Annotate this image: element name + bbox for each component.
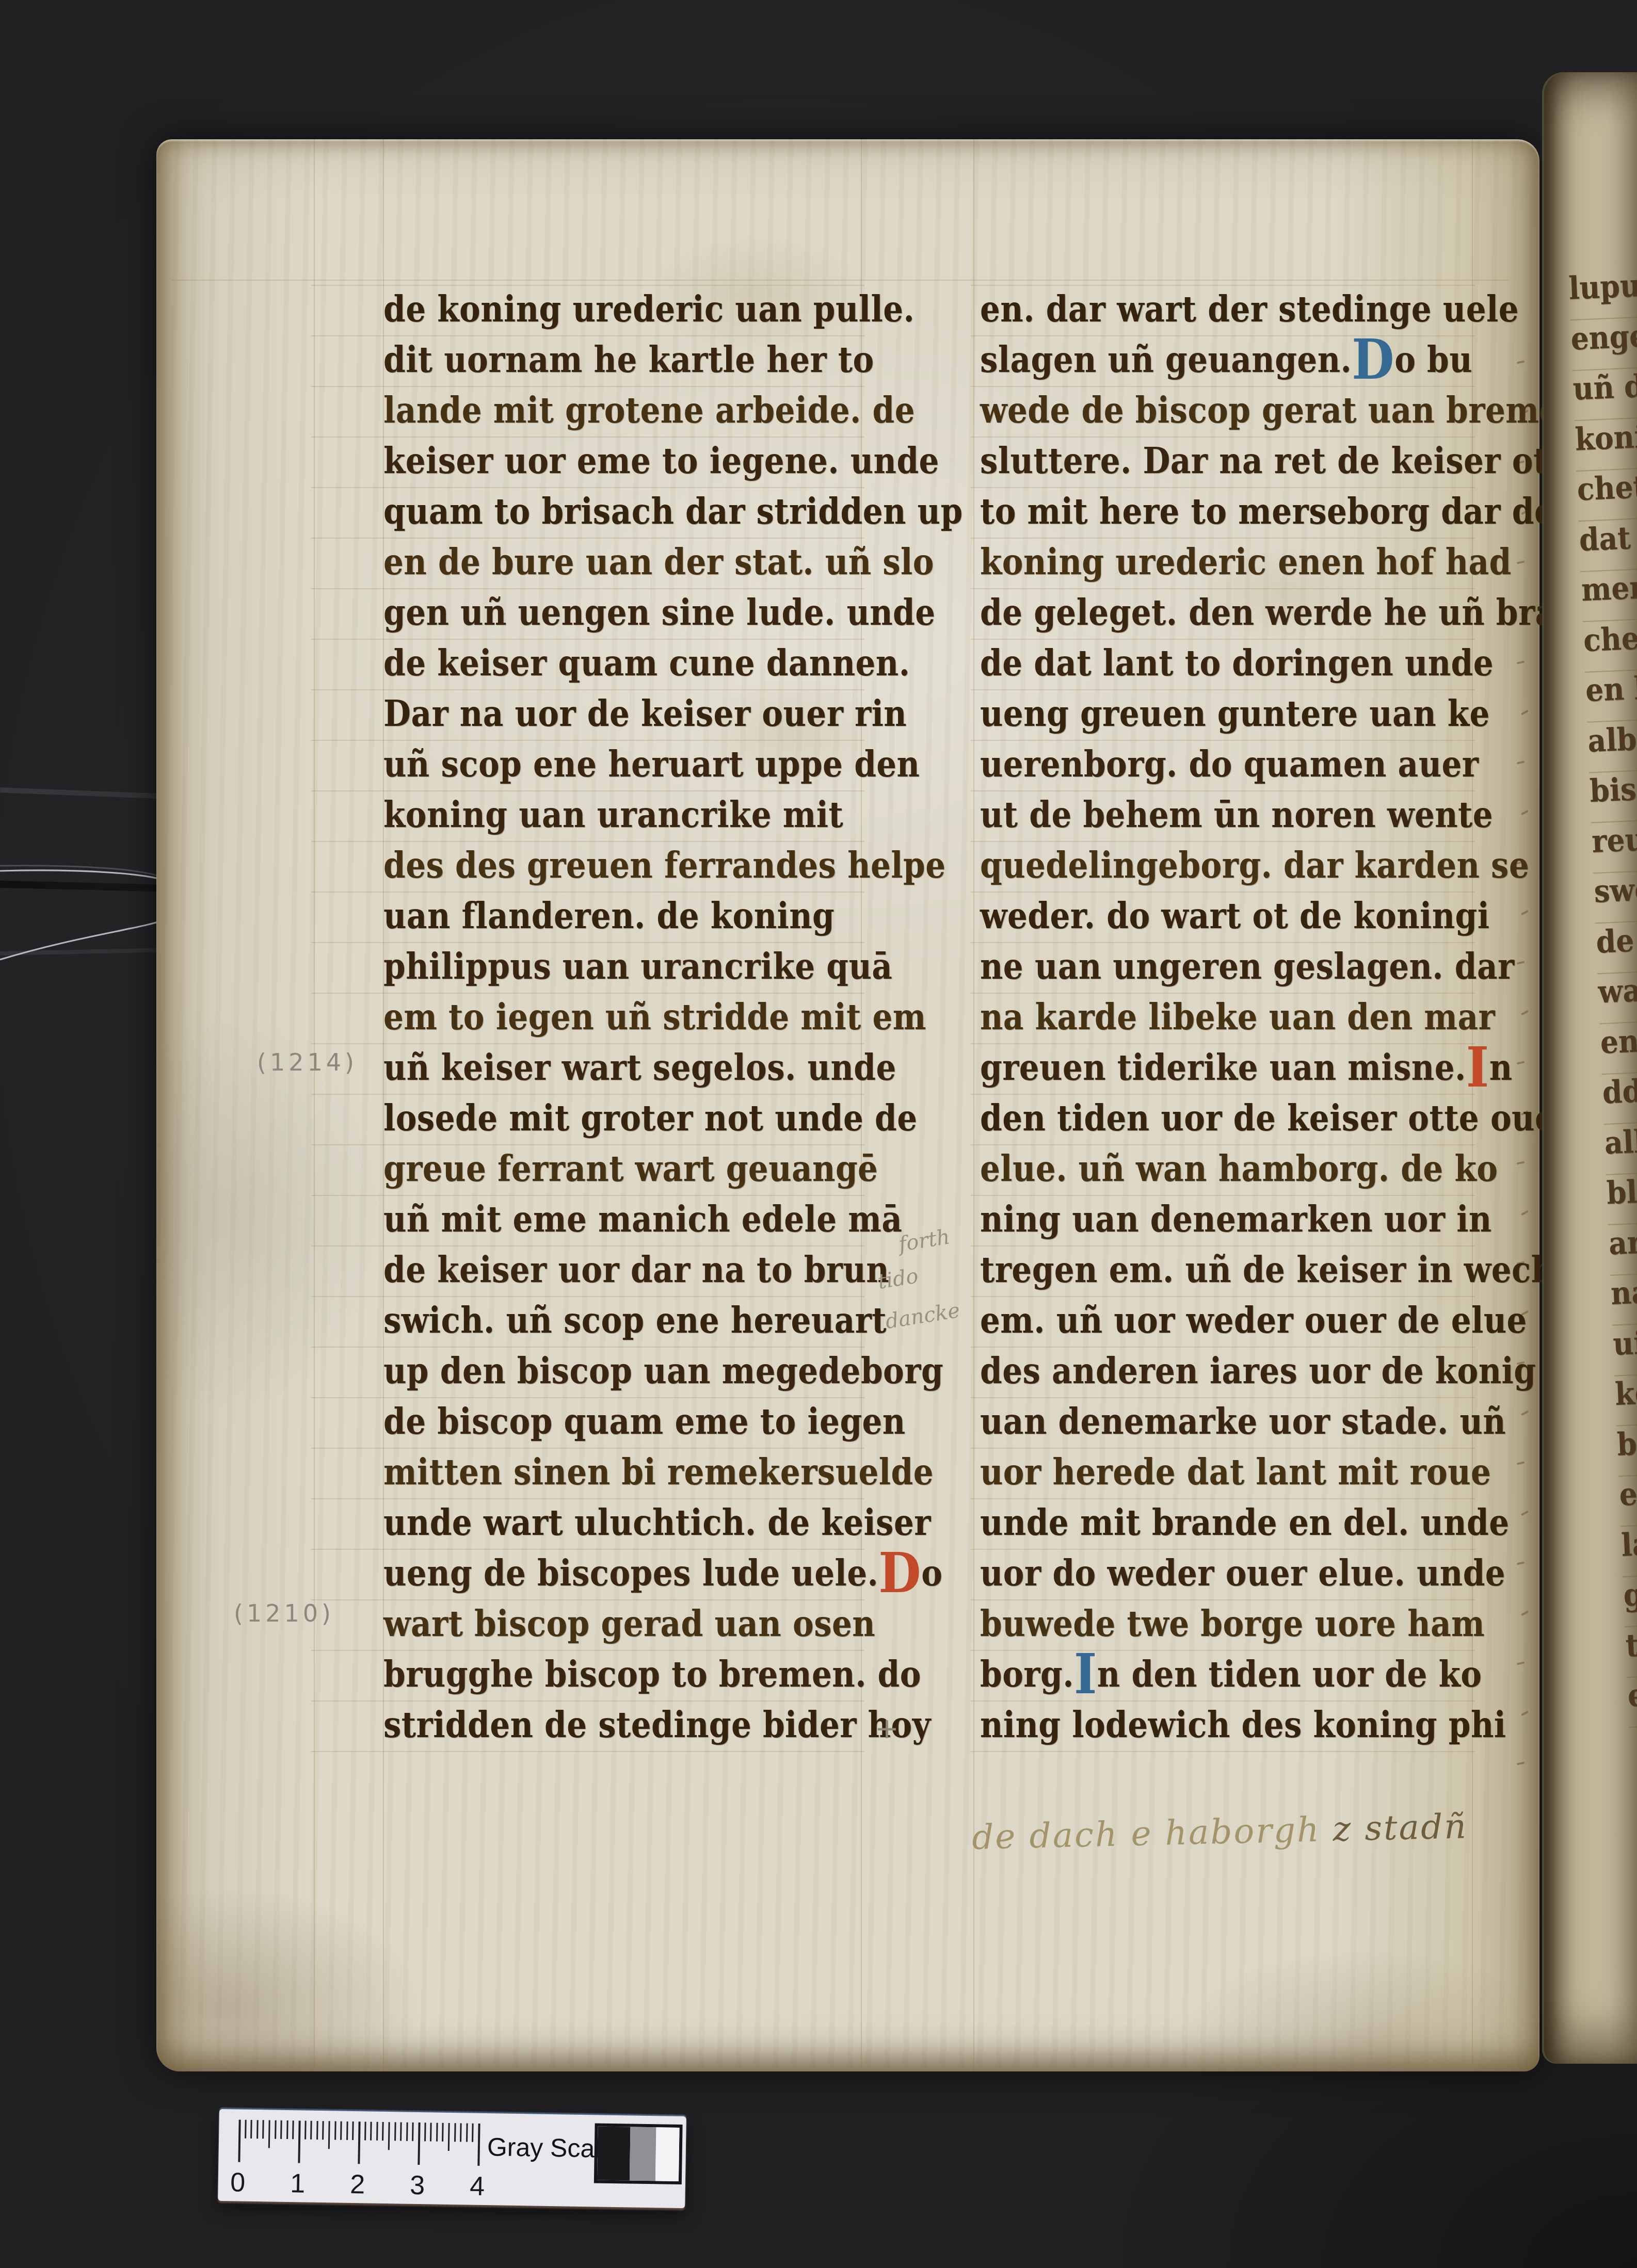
text-run: ne uan ungeren geslagen. dar (980, 946, 1515, 987)
gutter-pencil-note: forth (897, 1225, 952, 1256)
next-page-text-line: e. dostart (1627, 1667, 1637, 1728)
text-run: uor herede dat lant mit roue (980, 1452, 1491, 1493)
pricking-hole (1521, 1711, 1529, 1716)
text-run: lande mit grotene arbeide. de (383, 390, 915, 431)
text-line: des des greuen ferrandes helpe (383, 845, 945, 902)
text-line: wede de biscop gerat uan bremen (980, 390, 1582, 447)
text-line: unde mit brande en del. unde (980, 1502, 1510, 1559)
ruler-tick (298, 2120, 300, 2163)
next-page-text-line: en dat h (1599, 1014, 1637, 1075)
next-page-text-line: biscop ge (1588, 763, 1637, 823)
next-page-text-line: engelant (1570, 310, 1637, 371)
ruler-tick (275, 2120, 277, 2139)
text-line: koning urederic enen hof had (980, 542, 1512, 598)
pricking-hole (1517, 1461, 1525, 1465)
dark-run: z stadñ (1333, 1806, 1468, 1849)
next-page-text-line: dat lant (1578, 511, 1637, 572)
text-run: en. dar wart der stedinge uele (980, 289, 1519, 330)
text-run: up den biscop uan megedeborg (383, 1351, 943, 1392)
text-line: greue ferrant wart geuangē (383, 1148, 878, 1205)
next-page-text-line: brechte t (1616, 1416, 1637, 1477)
text-run: elue. uñ wan hamborg. de ko (980, 1148, 1498, 1190)
next-page-text-line: argreue (1608, 1214, 1637, 1275)
text-line: slagen uñ geuangen.Do bu (980, 339, 1472, 396)
text-run: des des greuen ferrandes helpe (383, 845, 945, 886)
text-run: weder. do wart ot de koningi (980, 896, 1489, 937)
ruler-tick (358, 2121, 360, 2164)
ruler-number: 3 (402, 2170, 433, 2201)
text-run: sluttere. Dar na ret de keiser ot (980, 441, 1548, 482)
gray-scale-patch-black (597, 2127, 630, 2181)
margin-year-note: (1214) (257, 1048, 358, 1076)
pricking-hole (1517, 1061, 1525, 1064)
text-line: de biscop quam eme to iegen (383, 1401, 906, 1458)
text-line: stridden de stedinge bider hoy (383, 1705, 931, 1761)
pricking-hole (1521, 1010, 1529, 1016)
next-page-text-line: grot hung (1623, 1566, 1637, 1627)
text-line: tregen em. uñ de keiser in wech (980, 1250, 1554, 1306)
ruler-tick (322, 2121, 324, 2140)
next-page-text-line: dde den (1601, 1064, 1637, 1125)
text-line: em to iegen uñ stridde mit em (383, 997, 926, 1054)
ruler-numbers: 01234 (219, 2109, 686, 2116)
gray-scale-patch-gray (630, 2127, 656, 2181)
ruler-tick (346, 2121, 348, 2140)
next-page-text-line: koning u (1574, 411, 1637, 472)
text-line: em. uñ uor weder ouer de elue (980, 1300, 1527, 1357)
text-run: unde mit brande en del. unde (980, 1502, 1510, 1544)
later-cursive-inscription: de dach e haborgh z stadñ (971, 1806, 1468, 1857)
ruler-tick (418, 2123, 420, 2165)
text-run: dit uornam he kartle her to (383, 339, 874, 381)
text-run: ning lodewich des koning phi (980, 1705, 1506, 1746)
text-line: lande mit grotene arbeide. de (383, 390, 915, 447)
ruler-number: 0 (222, 2167, 253, 2198)
text-run: tregen em. uñ de keiser in wech (980, 1250, 1554, 1291)
pricking-hole (1517, 1761, 1525, 1765)
horizontal-ruling (172, 280, 1508, 281)
text-run: uñ mit eme manich edele mā (383, 1199, 902, 1240)
text-line: weder. do wart ot de koningi (980, 896, 1489, 952)
margin-year-note: (1210) (234, 1599, 334, 1627)
text-run: mitten sinen bi remekersuelde (383, 1452, 934, 1493)
text-line: koning uan urancrike mit (383, 795, 843, 851)
text-run: ut de behem ūn noren wente (980, 795, 1493, 836)
text-run: greuen tiderike uan misne. (980, 1047, 1466, 1089)
text-run: uñ scop ene heruart uppe den (383, 744, 920, 785)
ruler-tick (376, 2122, 378, 2141)
text-line: uan denemarke uor stade. uñ (980, 1401, 1506, 1458)
text-run: o bu (1394, 339, 1472, 381)
next-page-text-line: chen hu (1582, 611, 1637, 672)
next-page-text-line: de hert (1595, 913, 1637, 974)
ruler-tick (340, 2121, 342, 2140)
pricking-hole (1521, 910, 1529, 916)
ruler-tick (268, 2120, 270, 2148)
text-line: uerenborg. do quamen auer (980, 744, 1479, 801)
text-line: uan flanderen. de koning (383, 896, 834, 952)
next-page-text-line: sweden s (1593, 863, 1637, 924)
text-run: to mit here to merseborg dar de (980, 491, 1554, 532)
ruler-tick (364, 2121, 366, 2140)
text-run: des anderen iares uor de konig (980, 1351, 1536, 1392)
text-run: quam to brisach dar stridden up (383, 491, 963, 532)
next-page-text-line: ui uor au (1612, 1315, 1637, 1376)
pricking-hole (1521, 810, 1529, 816)
text-line: up den biscop uan megedeborg (383, 1351, 943, 1407)
text-run: philippus uan urancrike quā (383, 946, 892, 987)
pricking-hole (1521, 1210, 1529, 1216)
text-line: to mit here to merseborg dar de (980, 491, 1554, 548)
text-run: buwede twe borge uore ham (980, 1603, 1485, 1645)
ruler-tick (406, 2123, 408, 2141)
pricking-hole (1517, 961, 1525, 964)
text-line: ueng de biscopes lude uele.Do (383, 1553, 942, 1610)
text-run: de keiser quam cune dannen. (383, 643, 910, 684)
ruler-tick (424, 2123, 426, 2141)
text-line: na karde libeke uan den mar (980, 997, 1495, 1054)
text-line: de keiser quam cune dannen. (383, 643, 910, 700)
ruler-tick (430, 2123, 432, 2141)
text-line: de koning urederic uan pulle. (383, 289, 914, 346)
ruler-tick (412, 2123, 414, 2141)
text-line: uor do weder ouer elue. unde (980, 1553, 1505, 1610)
text-run: ning uan denemarken uor in (980, 1199, 1492, 1240)
text-run: greue ferrant wart geuangē (383, 1148, 878, 1190)
ruler-tick (256, 2120, 259, 2139)
ruler-number: 2 (342, 2169, 373, 2200)
text-line: uor herede dat lant mit roue (980, 1452, 1491, 1509)
text-line: mitten sinen bi remekersuelde (383, 1452, 934, 1509)
ruler-tick (370, 2122, 372, 2141)
text-line: uñ keiser wart segelos. unde (383, 1047, 896, 1104)
text-line: wart biscop gerad uan osen (383, 1603, 875, 1660)
text-line: brugghe biscop to bremen. do (383, 1654, 921, 1711)
text-run: losede mit groter not unde de (383, 1098, 918, 1139)
pricking-hole (1521, 1611, 1529, 1616)
text-run: ueng greuen guntere uan ke (980, 693, 1490, 735)
text-line: uñ mit eme manich edele mā (383, 1199, 902, 1256)
pricking-hole (1517, 660, 1525, 664)
text-line: quedelingeborg. dar karden se (980, 845, 1529, 902)
next-page-text-line: keiser ot (1614, 1366, 1637, 1427)
red-initial: D (878, 1542, 921, 1606)
text-run: uan flanderen. de koning (383, 896, 834, 937)
next-page-text-line: alken u (1603, 1114, 1637, 1175)
pricking-hole (1517, 560, 1525, 564)
text-run: n den tiden uor de ko (1097, 1654, 1482, 1695)
ruler-tick (388, 2122, 390, 2150)
pricking-hole (1521, 1511, 1529, 1516)
next-page-text-line: elue mit h (1618, 1466, 1637, 1527)
text-line: borg.In den tiden uor de ko (980, 1654, 1482, 1711)
text-run: en de bure uan der stat. uñ slo (383, 542, 934, 583)
text-line: gen uñ uengen sine lude. unde (383, 592, 936, 649)
ruler-tick (436, 2123, 438, 2142)
ruler-tick (316, 2121, 318, 2140)
ruler-tick (263, 2120, 265, 2139)
ruler-tick (442, 2123, 444, 2142)
text-line: unde wart uluchtich. de keiser (383, 1502, 931, 1559)
ruler-tick (304, 2121, 307, 2140)
text-line: de geleget. den werde he uñ bran (980, 592, 1579, 649)
text-line: elue. uñ wan hamborg. de ko (980, 1148, 1498, 1205)
ruler-number: 4 (461, 2170, 493, 2202)
ruler-tick (394, 2122, 396, 2141)
next-page-text-line: men den (1580, 561, 1637, 622)
ruler-tick (382, 2122, 384, 2141)
text-run: unde wart uluchtich. de keiser (383, 1502, 931, 1544)
text-run: slagen uñ geuangen. (980, 339, 1352, 381)
next-page-edge: lupus conengelantuñ des lankoning uchete… (1542, 72, 1637, 2064)
text-line: losede mit groter not unde de (383, 1098, 918, 1155)
next-page-text-line: blef u (1606, 1164, 1637, 1225)
ruler-tick (466, 2124, 468, 2142)
text-run: keiser uor eme to iegene. unde (383, 441, 939, 482)
ruler-tick (448, 2123, 450, 2151)
text-line: ueng greuen guntere uan ke (980, 693, 1490, 750)
text-line: philippus uan urancrike quā (383, 946, 892, 1003)
text-line: de keiser uor dar na to brun (383, 1250, 889, 1306)
text-line: en de bure uan der stat. uñ slo (383, 542, 934, 598)
pricking-hole (1517, 1561, 1525, 1565)
pricking-hole (1521, 1411, 1529, 1416)
ruler-tick (280, 2120, 282, 2139)
text-line: quam to brisach dar stridden up (383, 491, 963, 548)
text-run: de koning urederic uan pulle. (383, 289, 914, 330)
vertical-ruling (973, 139, 974, 2071)
pricking-hole (1521, 710, 1529, 716)
ruler-tick (250, 2120, 252, 2139)
next-page-text-line: albrechte (1586, 712, 1637, 773)
gutter-pencil-note: dancke (884, 1299, 961, 1334)
red-initial: I (1466, 1036, 1489, 1100)
text-line: den tiden uor de keiser otte ouer (980, 1098, 1572, 1155)
ruler-tick (238, 2120, 240, 2162)
text-line: ning uan denemarken uor in (980, 1199, 1492, 1256)
ruler-tick (477, 2124, 480, 2166)
ruler-tick (472, 2124, 474, 2142)
text-line: des anderen iares uor de konig (980, 1351, 1536, 1407)
text-line: sluttere. Dar na ret de keiser ot (980, 441, 1548, 497)
pricking-hole (1517, 760, 1525, 764)
manuscript-page: de koning urederic uan pulle.dit uornam … (156, 139, 1539, 2071)
next-page-text-line: cheten. u (1576, 461, 1637, 522)
text-line: greuen tiderike uan misne.In (980, 1047, 1513, 1104)
ruler-tick (400, 2123, 402, 2141)
text-run: de geleget. den werde he uñ bran (980, 592, 1579, 634)
blue-initial: I (1074, 1643, 1097, 1707)
text-run: uor do weder ouer elue. unde (980, 1553, 1505, 1594)
text-run: uñ keiser wart segelos. unde (383, 1047, 896, 1089)
text-run: stridden de stedinge bider hoy (383, 1705, 931, 1746)
gray-scale-patches (594, 2123, 683, 2184)
next-page-text-line: uñ des lan (1572, 360, 1637, 421)
text-run: o (921, 1553, 942, 1594)
text-run: de biscop quam eme to iegen (383, 1401, 906, 1443)
ruler-number: 1 (282, 2168, 313, 2199)
ruler-tick (328, 2121, 330, 2149)
pricking-hole (1517, 360, 1525, 364)
next-page-text-line: lupus con (1568, 260, 1637, 321)
text-run: gen uñ uengen sine lude. unde (383, 592, 936, 634)
vertical-ruling (314, 139, 315, 2071)
text-line: ning lodewich des koning phi (980, 1705, 1506, 1761)
gutter-plus-mark: + (875, 1712, 899, 1745)
text-line: ne uan ungeren geslagen. dar (980, 946, 1515, 1003)
ruler-tick (334, 2121, 336, 2140)
ruler-tick (454, 2123, 456, 2142)
text-run: koning urederic enen hof had (980, 542, 1512, 583)
ruler-tick (352, 2121, 354, 2140)
calibration-ruler: 01234 Gray Scale (218, 2109, 686, 2208)
text-line: Dar na uor de keiser ouer rin (383, 693, 907, 750)
text-run: den tiden uor de keiser otte ouer (980, 1098, 1572, 1139)
next-page-text-line: wart en e (1597, 963, 1637, 1024)
blue-initial: D (1352, 328, 1394, 392)
pricking-hole (1517, 1661, 1525, 1665)
next-page-text-line: reue alb (1591, 813, 1637, 873)
ruler-ticks (219, 2109, 686, 2116)
text-line: swich. uñ scop ene hereuart (383, 1300, 887, 1357)
ruler-tick (286, 2120, 288, 2139)
horizontal-ruling (971, 285, 1475, 286)
next-page-text-line: na libe (1610, 1265, 1637, 1326)
text-line: buwede twe borge uore ham (980, 1603, 1485, 1660)
text-line: uñ scop ene heruart uppe den (383, 744, 920, 801)
text-line: de dat lant to doringen unde (980, 643, 1494, 700)
text-run: em. uñ uor weder ouer de elue (980, 1300, 1527, 1341)
text-run: ueng de biscopes lude uele. (383, 1553, 878, 1594)
ruler-tick (292, 2120, 294, 2139)
next-page-text-line: en biscop (1584, 662, 1637, 723)
next-page-text-line: lant uñ k (1620, 1516, 1637, 1577)
ruler-tick (310, 2121, 312, 2140)
text-run: quedelingeborg. dar karden se (980, 845, 1529, 886)
ruler-tick (245, 2120, 247, 2139)
gray-scale-patch-white (655, 2127, 680, 2181)
manuscript-photo: de koning urederic uan pulle.dit uornam … (0, 0, 1637, 2268)
text-run: wart biscop gerad uan osen (383, 1603, 875, 1645)
text-run: brugghe biscop to bremen. do (383, 1654, 921, 1695)
horizontal-ruling (311, 285, 864, 286)
text-run: uan denemarke uor stade. uñ (980, 1401, 1506, 1443)
text-run: swich. uñ scop ene hereuart (383, 1300, 887, 1341)
text-run: Dar na uor de keiser ouer rin (383, 693, 907, 735)
text-line: dit uornam he kartle her to (383, 339, 874, 396)
pricking-hole (1517, 1161, 1525, 1164)
text-line: ut de behem ūn noren wente (980, 795, 1493, 851)
text-line: keiser uor eme to iegene. unde (383, 441, 939, 497)
ruler-tick (460, 2123, 462, 2142)
text-run: em to iegen uñ stridde mit em (383, 997, 926, 1038)
text-run: de dat lant to doringen unde (980, 643, 1494, 684)
text-run: de dach e haborgh (971, 1809, 1333, 1857)
text-run: uerenborg. do quamen auer (980, 744, 1479, 785)
next-page-text-line: t or dekon (1625, 1617, 1637, 1678)
text-run: borg. (980, 1654, 1074, 1695)
text-run: n (1489, 1047, 1513, 1089)
text-run: wede de biscop gerat uan bremen (980, 390, 1582, 431)
text-line: en. dar wart der stedinge uele (980, 289, 1519, 346)
text-run: de keiser uor dar na to brun (383, 1250, 889, 1291)
text-run: na karde libeke uan den mar (980, 997, 1495, 1038)
text-run: koning uan urancrike mit (383, 795, 843, 836)
